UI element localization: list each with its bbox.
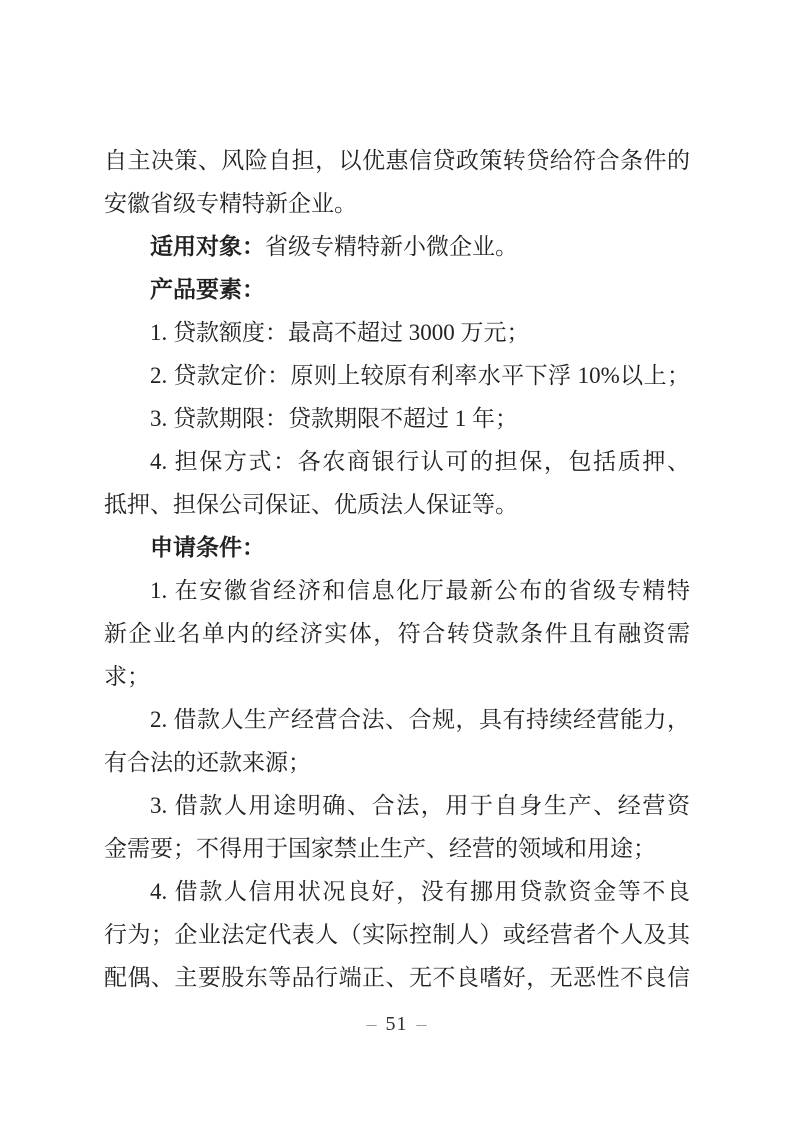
- text-line: 申请条件：: [104, 526, 690, 569]
- text-line: 3. 贷款期限：贷款期限不超过 1 年；: [104, 397, 690, 440]
- text-line: 1. 贷款额度：最高不超过 3000 万元；: [104, 311, 690, 354]
- page-footer: –51–: [0, 1010, 793, 1038]
- text-line: 行为；企业法定代表人（实际控制人）或经营者个人及其: [104, 913, 690, 956]
- text-run: 有合法的还款来源；: [104, 750, 311, 775]
- text-run: 4. 借款人信用状况良好，没有挪用贷款资金等不良: [150, 879, 690, 904]
- text-run: 自主决策、风险自担，以优惠信贷政策转贷给符合条件的: [104, 148, 690, 173]
- text-run: 3. 借款人用途明确、合法，用于自身生产、经营资: [150, 793, 690, 818]
- text-run: 安徽省级专精特新企业。: [104, 191, 357, 216]
- text-run: 1. 贷款额度：最高不超过 3000 万元；: [150, 320, 530, 345]
- text-run: 求；: [104, 664, 150, 689]
- text-run: 3. 贷款期限：贷款期限不超过 1 年；: [150, 406, 518, 431]
- text-line: 配偶、主要股东等品行端正、无不良嗜好，无恶性不良信: [104, 956, 690, 999]
- text-run: 2. 贷款定价：原则上较原有利率水平下浮 10%以上；: [150, 363, 690, 388]
- footer-dash-right: –: [417, 1013, 427, 1035]
- text-line: 抵押、担保公司保证、优质法人保证等。: [104, 483, 690, 526]
- text-line: 4. 担保方式：各农商银行认可的担保，包括质押、: [104, 440, 690, 483]
- document-page: 自主决策、风险自担，以优惠信贷政策转贷给符合条件的安徽省级专精特新企业。适用对象…: [0, 0, 793, 1122]
- text-line: 新企业名单内的经济实体，符合转贷款条件且有融资需: [104, 612, 690, 655]
- document-body: 自主决策、风险自担，以优惠信贷政策转贷给符合条件的安徽省级专精特新企业。适用对象…: [104, 139, 690, 999]
- text-run: 配偶、主要股东等品行端正、无不良嗜好，无恶性不良信: [104, 965, 690, 990]
- text-line: 自主决策、风险自担，以优惠信贷政策转贷给符合条件的: [104, 139, 690, 182]
- text-line: 安徽省级专精特新企业。: [104, 182, 690, 225]
- page-number: 51: [386, 1013, 408, 1035]
- text-line: 求；: [104, 655, 690, 698]
- text-run: 新企业名单内的经济实体，符合转贷款条件且有融资需: [104, 621, 690, 646]
- bold-heading-run: 申请条件：: [150, 535, 265, 560]
- bold-heading-run: 适用对象：: [150, 234, 265, 259]
- text-line: 3. 借款人用途明确、合法，用于自身生产、经营资: [104, 784, 690, 827]
- text-line: 2. 借款人生产经营合法、合规，具有持续经营能力，: [104, 698, 690, 741]
- text-run: 4. 担保方式：各农商银行认可的担保，包括质押、: [150, 449, 690, 474]
- text-line: 金需要；不得用于国家禁止生产、经营的领域和用途；: [104, 827, 690, 870]
- text-run: 金需要；不得用于国家禁止生产、经营的领域和用途；: [104, 836, 656, 861]
- text-line: 适用对象：省级专精特新小微企业。: [104, 225, 690, 268]
- text-run: 省级专精特新小微企业。: [265, 234, 518, 259]
- text-line: 产品要素：: [104, 268, 690, 311]
- footer-dash-left: –: [367, 1013, 377, 1035]
- text-line: 2. 贷款定价：原则上较原有利率水平下浮 10%以上；: [104, 354, 690, 397]
- text-run: 1. 在安徽省经济和信息化厅最新公布的省级专精特: [150, 578, 690, 603]
- text-run: 2. 借款人生产经营合法、合规，具有持续经营能力，: [150, 707, 690, 732]
- text-line: 1. 在安徽省经济和信息化厅最新公布的省级专精特: [104, 569, 690, 612]
- text-run: 抵押、担保公司保证、优质法人保证等。: [104, 492, 518, 517]
- bold-heading-run: 产品要素：: [150, 277, 265, 302]
- text-run: 行为；企业法定代表人（实际控制人）或经营者个人及其: [104, 922, 690, 947]
- text-line: 有合法的还款来源；: [104, 741, 690, 784]
- text-line: 4. 借款人信用状况良好，没有挪用贷款资金等不良: [104, 870, 690, 913]
